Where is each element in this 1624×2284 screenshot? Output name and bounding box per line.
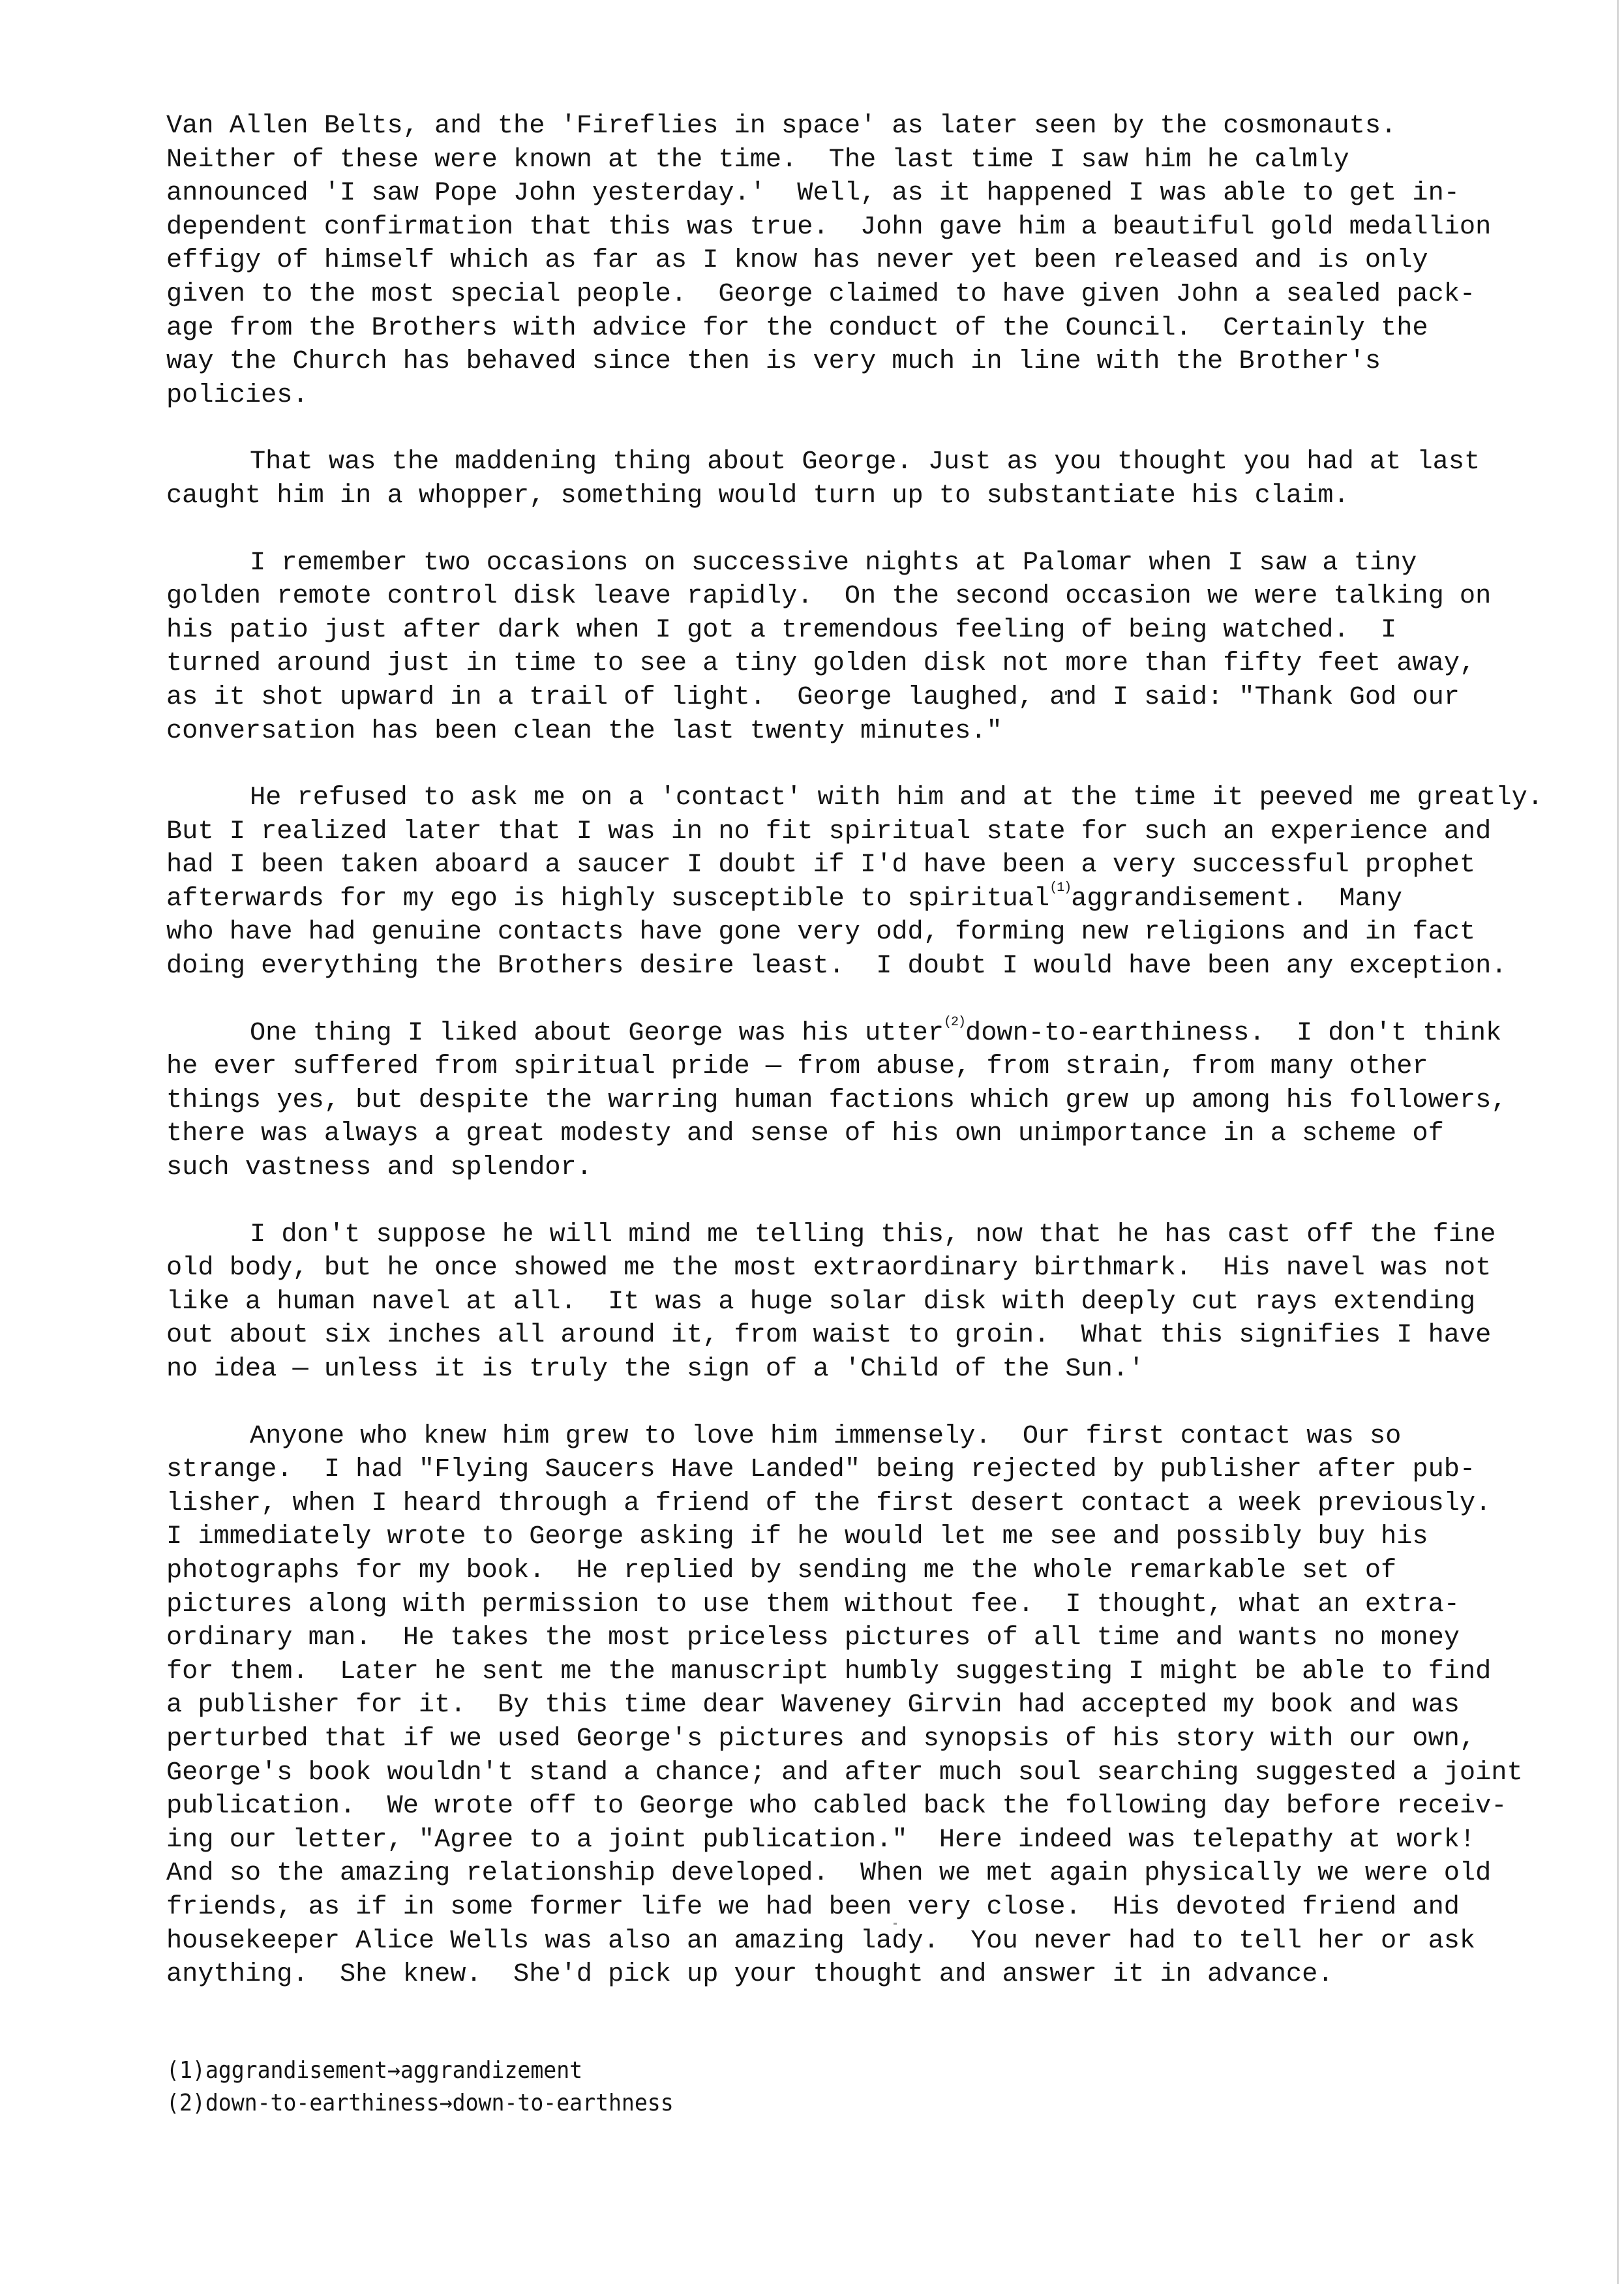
text-line: caught him in a whopper, something would… [166, 479, 1621, 513]
line-text: golden remote control disk leave rapidly… [166, 581, 1491, 611]
text-line: his patio just after dark when I got a t… [166, 614, 1621, 648]
line-text: old body, but he once showed me the most… [166, 1253, 1491, 1283]
text-line: old body, but he once showed me the most… [166, 1252, 1621, 1285]
text-line: And so the amazing relationship develope… [166, 1857, 1621, 1891]
text-line: like a human navel at all. It was a huge… [166, 1285, 1621, 1319]
line-text: I immediately wrote to George asking if … [166, 1522, 1428, 1552]
text-line: conversation has been clean the last twe… [166, 715, 1621, 749]
text-line: I don't suppose he will mind me telling … [166, 1218, 1621, 1252]
text-line: pictures along with permission to use th… [166, 1588, 1621, 1622]
line-text: friends, as if in some former life we ha… [166, 1892, 1460, 1922]
text-line: as it shot upward in a trail of light. G… [166, 681, 1621, 715]
text-line: publication. We wrote off to George who … [166, 1790, 1621, 1824]
line-text: down-to-earthiness. I don't think [965, 1018, 1501, 1048]
footnotes: (1)aggrandisement→aggrandizement(2)down-… [166, 2054, 674, 2120]
line-text: doing everything the Brothers desire lea… [166, 951, 1507, 981]
text-line: age from the Brothers with advice for th… [166, 312, 1621, 346]
line-text: who have had genuine contacts have gone … [166, 917, 1475, 947]
line-text: dependent confirmation that this was tru… [166, 212, 1491, 242]
line-text: ordinary man. He takes the most priceles… [166, 1623, 1460, 1653]
line-text: given to the most special people. George… [166, 279, 1475, 309]
line-text: George's book wouldn't stand a chance; a… [166, 1758, 1523, 1788]
text-line: turned around just in time to see a tiny… [166, 647, 1621, 681]
line-text: pictures along with permission to use th… [166, 1589, 1460, 1619]
line-text: strange. I had "Flying Saucers Have Land… [166, 1454, 1475, 1484]
text-line: who have had genuine contacts have gone … [166, 916, 1621, 950]
text-line: photographs for my book. He replied by s… [166, 1554, 1621, 1588]
paragraph: One thing I liked about George was his u… [166, 1017, 1621, 1185]
text-line: afterwards for my ego is highly suscepti… [166, 882, 1621, 916]
line-text: And so the amazing relationship develope… [166, 1858, 1491, 1888]
scan-speck [1065, 691, 1067, 695]
footnote-marker: (1) [1049, 880, 1071, 895]
text-line: such vastness and splendor. [166, 1151, 1621, 1185]
line-text: such vastness and splendor. [166, 1152, 592, 1182]
line-text: a publisher for it. By this time dear Wa… [166, 1690, 1460, 1720]
text-line: given to the most special people. George… [166, 278, 1621, 312]
footnote-1: (1)aggrandisement→aggrandizement [166, 2054, 674, 2087]
scan-speck [894, 1923, 897, 1925]
text-line: for them. Later he sent me the manuscrip… [166, 1655, 1621, 1689]
text-line: policies. [166, 379, 1621, 413]
line-text: afterwards for my ego is highly suscepti… [166, 884, 1049, 914]
line-text: photographs for my book. He replied by s… [166, 1555, 1396, 1585]
text-line: had I been taken aboard a saucer I doubt… [166, 849, 1621, 882]
text-line: strange. I had "Flying Saucers Have Land… [166, 1453, 1621, 1487]
line-text: no idea — unless it is truly the sign of… [166, 1354, 1144, 1384]
line-text: But I realized later that I was in no fi… [166, 817, 1491, 847]
text-line: way the Church has behaved since then is… [166, 345, 1621, 379]
line-text: there was always a great modesty and sen… [166, 1119, 1444, 1149]
text-line: Anyone who knew him grew to love him imm… [166, 1420, 1621, 1454]
footnote-2: (2)down-to-earthiness→down-to-earthness [166, 2087, 674, 2120]
line-text: his patio just after dark when I got a t… [166, 615, 1396, 645]
line-text: he ever suffered from spiritual pride — … [166, 1051, 1428, 1081]
line-text: effigy of himself which as far as I know… [166, 245, 1428, 275]
text-line: housekeeper Alice Wells was also an amaz… [166, 1925, 1621, 1959]
text-line: doing everything the Brothers desire lea… [166, 950, 1621, 984]
line-text: way the Church has behaved since then is… [166, 346, 1381, 376]
line-text: That was the maddening thing about Georg… [250, 447, 1480, 477]
line-text: turned around just in time to see a tiny… [166, 648, 1475, 678]
line-text: age from the Brothers with advice for th… [166, 313, 1428, 343]
text-line: things yes, but despite the warring huma… [166, 1084, 1621, 1118]
line-text: Van Allen Belts, and the 'Fireflies in s… [166, 111, 1396, 141]
text-line: he ever suffered from spiritual pride — … [166, 1050, 1621, 1084]
line-text: aggrandisement. Many [1071, 884, 1402, 914]
text-line: Neither of these were known at the time.… [166, 143, 1621, 177]
line-text: anything. She knew. She'd pick up your t… [166, 1959, 1333, 1989]
paragraph: Van Allen Belts, and the 'Fireflies in s… [166, 110, 1621, 412]
line-text: conversation has been clean the last twe… [166, 716, 1002, 746]
text-line: out about six inches all around it, from… [166, 1319, 1621, 1353]
footnote-marker: (2) [944, 1015, 965, 1030]
line-text: announced 'I saw Pope John yesterday.' W… [166, 178, 1460, 208]
paragraph: I don't suppose he will mind me telling … [166, 1218, 1621, 1387]
text-line: dependent confirmation that this was tru… [166, 211, 1621, 245]
text-line: ordinary man. He takes the most priceles… [166, 1621, 1621, 1655]
line-text: things yes, but despite the warring huma… [166, 1085, 1507, 1115]
text-line: there was always a great modesty and sen… [166, 1117, 1621, 1151]
text-line: I remember two occasions on successive n… [166, 547, 1621, 580]
line-text: like a human navel at all. It was a huge… [166, 1287, 1475, 1317]
document-body: Van Allen Belts, and the 'Fireflies in s… [166, 110, 1621, 1992]
line-text: I don't suppose he will mind me telling … [250, 1220, 1496, 1250]
text-line: One thing I liked about George was his u… [166, 1017, 1621, 1051]
line-text: lisher, when I heard through a friend of… [166, 1488, 1491, 1518]
text-line: announced 'I saw Pope John yesterday.' W… [166, 177, 1621, 211]
text-line: lisher, when I heard through a friend of… [166, 1487, 1621, 1521]
text-line: George's book wouldn't stand a chance; a… [166, 1756, 1621, 1790]
text-line: I immediately wrote to George asking if … [166, 1520, 1621, 1554]
line-text: policies. [166, 380, 308, 410]
line-text: caught him in a whopper, something would… [166, 481, 1349, 511]
text-line: He refused to ask me on a 'contact' with… [166, 781, 1621, 815]
line-text: He refused to ask me on a 'contact' with… [250, 783, 1543, 813]
line-text: had I been taken aboard a saucer I doubt… [166, 850, 1475, 880]
text-line: a publisher for it. By this time dear Wa… [166, 1689, 1621, 1722]
text-line: That was the maddening thing about Georg… [166, 445, 1621, 479]
line-text: I remember two occasions on successive n… [250, 548, 1417, 578]
text-line: ing our letter, "Agree to a joint public… [166, 1824, 1621, 1857]
line-text: Anyone who knew him grew to love him imm… [250, 1421, 1401, 1451]
line-text: publication. We wrote off to George who … [166, 1791, 1507, 1821]
text-line: no idea — unless it is truly the sign of… [166, 1353, 1621, 1387]
paragraph: I remember two occasions on successive n… [166, 547, 1621, 749]
line-text: perturbed that if we used George's pictu… [166, 1724, 1475, 1754]
line-text: One thing I liked about George was his u… [250, 1018, 944, 1048]
text-line: effigy of himself which as far as I know… [166, 244, 1621, 278]
line-text: as it shot upward in a trail of light. G… [166, 682, 1460, 712]
text-line: But I realized later that I was in no fi… [166, 815, 1621, 849]
line-text: ing our letter, "Agree to a joint public… [166, 1825, 1475, 1855]
line-text: out about six inches all around it, from… [166, 1320, 1491, 1350]
text-line: anything. She knew. She'd pick up your t… [166, 1958, 1621, 1992]
text-line: perturbed that if we used George's pictu… [166, 1722, 1621, 1756]
text-line: golden remote control disk leave rapidly… [166, 580, 1621, 614]
paragraph: He refused to ask me on a 'contact' with… [166, 781, 1621, 984]
line-text: Neither of these were known at the time.… [166, 145, 1349, 175]
text-line: Van Allen Belts, and the 'Fireflies in s… [166, 110, 1621, 143]
text-line: friends, as if in some former life we ha… [166, 1891, 1621, 1925]
paragraph: That was the maddening thing about Georg… [166, 445, 1621, 513]
paragraph: Anyone who knew him grew to love him imm… [166, 1420, 1621, 1992]
line-text: housekeeper Alice Wells was also an amaz… [166, 1926, 1475, 1956]
line-text: for them. Later he sent me the manuscrip… [166, 1657, 1491, 1687]
